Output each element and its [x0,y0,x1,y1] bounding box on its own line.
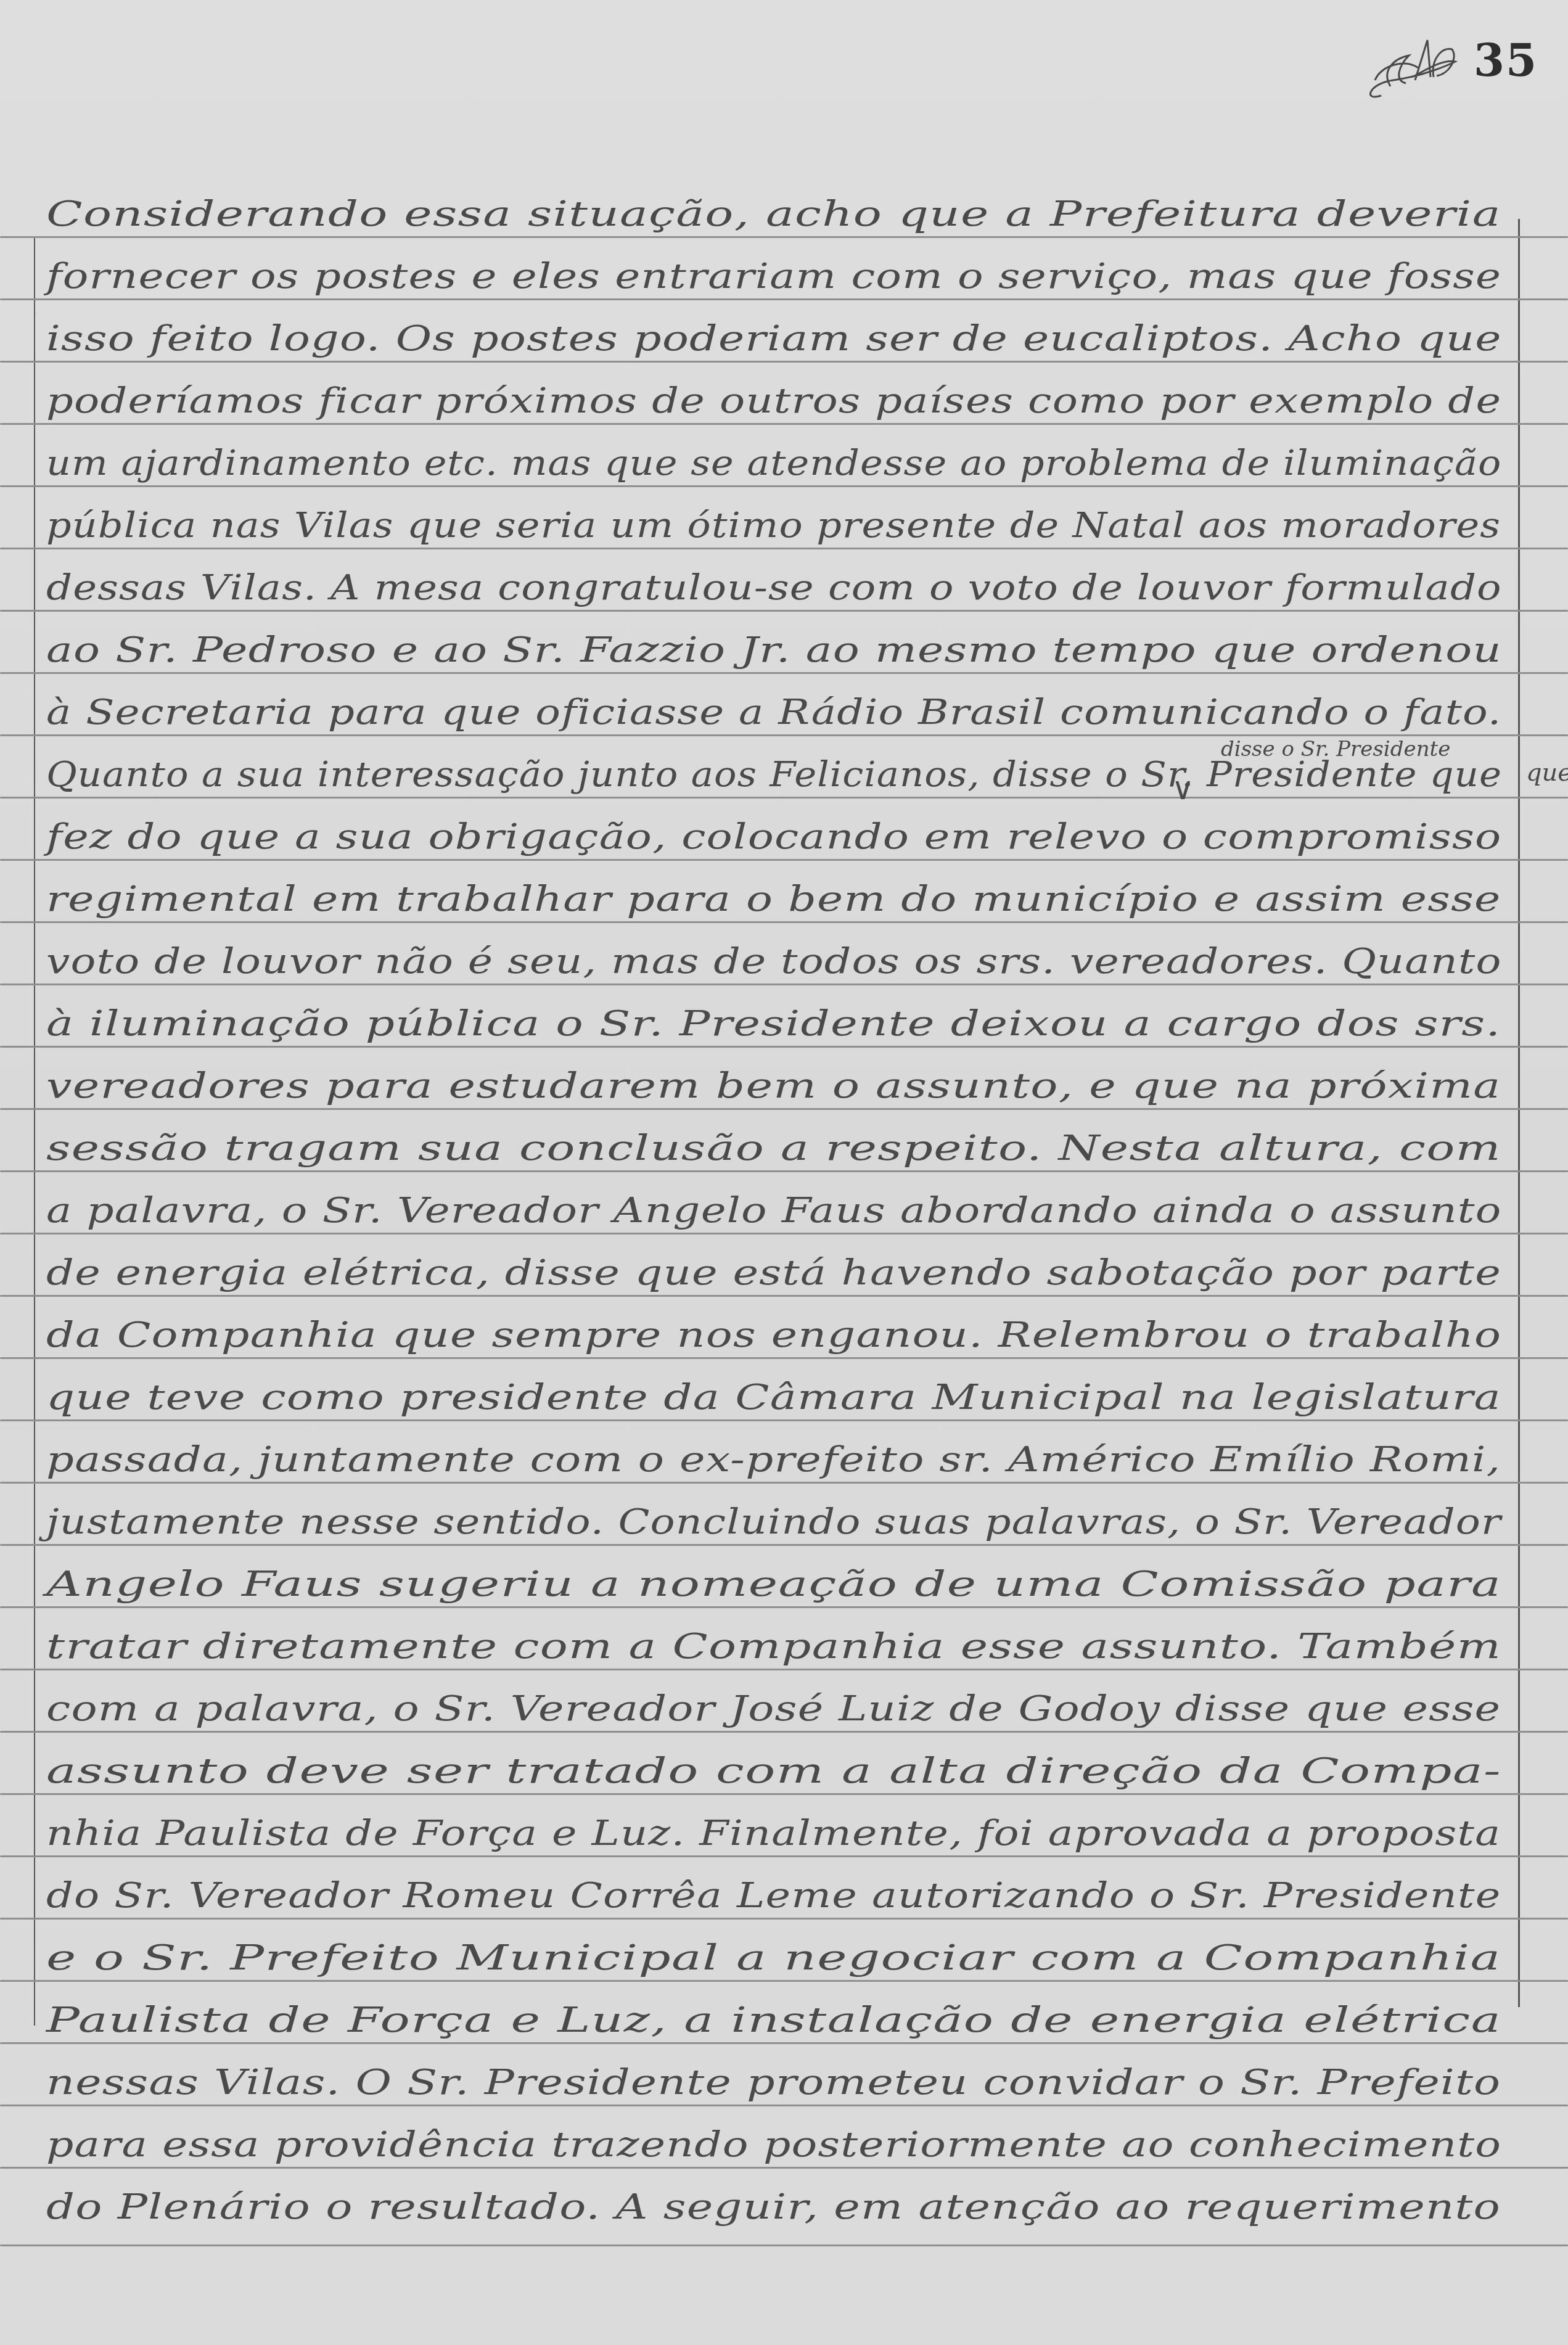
text-line: passada, juntamente com o ex-prefeito sr… [46,1418,1514,1480]
text-line: justamente nesse sentido. Concluindo sua… [46,1481,1514,1542]
text-line: vereadores para estudarem bem o assunto,… [46,1045,1514,1106]
text-line: dessas Vilas. A mesa congratulou-se com … [46,546,1514,608]
insertion-caret-icon: ∨ [1172,771,1194,807]
text-line: pública nas Vilas que seria um ótimo pre… [46,484,1514,546]
text-line: do Plenário o resultado. A seguir, em at… [46,2166,1514,2227]
rule-line [0,2244,1568,2246]
text-line: com a palavra, o Sr. Vereador José Luiz … [46,1667,1514,1729]
text-line: e o Sr. Prefeito Municipal a negociar co… [46,1916,1514,1978]
interlinear-insertion: disse o Sr. Presidente [1221,737,1450,762]
text-line: assunto deve ser tratado com a alta dire… [46,1730,1514,1791]
text-line: Angelo Faus sugeriu a nomeação de uma Co… [46,1543,1514,1604]
text-line: sessão tragam sua conclusão a respeito. … [46,1107,1514,1168]
text-line: poderíamos ficar próximos de outros país… [46,359,1514,421]
text-line: da Companhia que sempre nos enganou. Rel… [46,1294,1514,1355]
text-line: fornecer os postes e eles entrariam com … [46,235,1514,297]
text-line: a palavra, o Sr. Vereador Angelo Faus ab… [46,1169,1514,1231]
text-line: tratar diretamente com a Companhia esse … [46,1605,1514,1667]
text-line: que teve como presidente da Câmara Munic… [46,1356,1514,1418]
text-line: Paulista de Força e Luz, a instalação de… [46,1979,1514,2040]
text-line: voto de louvor não é seu, mas de todos o… [46,920,1514,982]
text-line: nhia Paulista de Força e Luz. Finalmente… [46,1792,1514,1854]
text-line: nessas Vilas. O Sr. Presidente prometeu … [46,2041,1514,2103]
text-line: à Secretaria para que oficiasse a Rádio … [46,671,1514,733]
page-header: 35 [1357,22,1541,108]
left-margin-line [34,237,35,2026]
text-line: isso feito logo. Os postes poderiam ser … [46,297,1514,359]
text-line: fez do que a sua obrigação, colocando em… [46,795,1514,857]
text-line: do Sr. Vereador Romeu Corrêa Leme autori… [46,1854,1514,1916]
text-line: para essa providência trazendo posterior… [46,2103,1514,2165]
text-line: ao Sr. Pedroso e ao Sr. Fazzio Jr. ao me… [46,609,1514,670]
text-line: Considerando essa situação, acho que a P… [46,173,1514,234]
signature-rubric-icon [1357,22,1467,108]
text-line: à iluminação pública o Sr. Presidente de… [46,982,1514,1044]
ledger-page: 35 C [0,0,1568,2345]
right-margin-line [1518,219,1520,2007]
page-number: 35 [1474,34,1538,86]
text-line: um ajardinamento etc. mas que se atendes… [46,422,1514,483]
text-line: de energia elétrica, disse que está have… [46,1231,1514,1293]
text-line: regimental em trabalhar para o bem do mu… [46,858,1514,919]
right-margin-note: que [1526,758,1568,787]
